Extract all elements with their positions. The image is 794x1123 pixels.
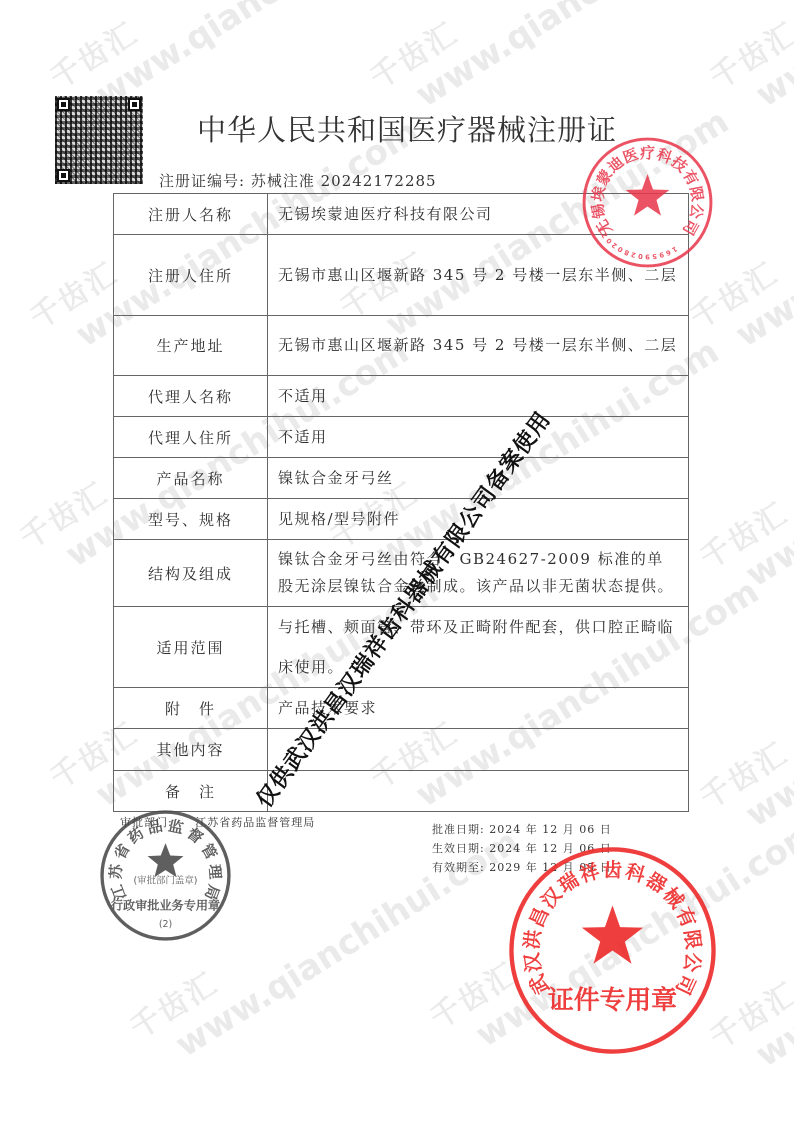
row-value: 与托槽、颊面管、带环及正畸附件配套，供口腔正畸临床使用。 xyxy=(268,607,689,688)
table-row: 型号、规格 见规格/型号附件 xyxy=(114,499,689,540)
row-value: 无锡市惠山区堰新路 345 号 2 号楼一层东半侧、二层 xyxy=(268,316,689,376)
row-value: 镍钛合金牙弓丝由符合 GB24627-2009 标准的单股无涂层镍钛合金丝制成。… xyxy=(268,540,689,607)
table-row: 代理人住所 不适用 xyxy=(114,417,689,458)
row-label: 备 注 xyxy=(114,771,268,812)
svg-text:2: 2 xyxy=(630,250,637,259)
svg-text:督: 督 xyxy=(184,824,207,847)
certificate-table: 注册人名称 无锡埃蒙迪医疗科技有限公司 注册人住所 无锡市惠山区堰新路 345 … xyxy=(113,193,689,812)
expiry-date-label: 有效期至: xyxy=(432,861,485,874)
svg-text:5: 5 xyxy=(651,252,657,261)
svg-text:疗: 疗 xyxy=(639,144,655,162)
table-row: 备 注 xyxy=(114,771,689,812)
row-label: 适用范围 xyxy=(114,607,268,688)
row-label: 代理人名称 xyxy=(114,376,268,417)
svg-text:汉: 汉 xyxy=(520,951,546,974)
registration-number: 注册证编号: 苏械注准 20242172285 xyxy=(159,170,437,191)
svg-text:省: 省 xyxy=(111,841,134,863)
company-seal-stamp: 无锡埃蒙迪医疗科技有限公司 3202082095961 xyxy=(580,135,715,270)
svg-text:行政审批业务专用章: 行政审批业务专用章 xyxy=(111,897,220,912)
table-row: 附 件 产品技术要求 xyxy=(114,688,689,729)
svg-text:6: 6 xyxy=(664,248,672,257)
row-value: 不适用 xyxy=(268,376,689,417)
approval-date-value: 2024 年 12 月 06 日 xyxy=(489,823,611,836)
row-label: 注册人名称 xyxy=(114,194,268,235)
row-value xyxy=(268,729,689,771)
row-value xyxy=(268,771,689,812)
svg-text:限: 限 xyxy=(680,928,706,951)
svg-text:证件专用章: 证件专用章 xyxy=(548,985,677,1016)
row-label: 注册人住所 xyxy=(114,235,268,316)
row-label: 生产地址 xyxy=(114,316,268,376)
svg-text:苏: 苏 xyxy=(106,862,125,879)
svg-text:锡: 锡 xyxy=(588,202,608,220)
table-row: 产品名称 镍钛合金牙弓丝 xyxy=(114,458,689,499)
row-label: 结构及组成 xyxy=(114,540,268,607)
svg-text:监: 监 xyxy=(167,817,185,838)
svg-text:公: 公 xyxy=(679,951,705,974)
svg-text:洪: 洪 xyxy=(520,928,546,951)
row-label: 产品名称 xyxy=(114,458,268,499)
registration-number-label: 注册证编号: xyxy=(159,172,245,190)
row-label: 型号、规格 xyxy=(114,499,268,540)
registration-number-value: 苏械注准 20242172285 xyxy=(251,172,437,190)
svg-text:齿: 齿 xyxy=(603,858,623,881)
row-label: 其他内容 xyxy=(114,729,268,771)
svg-text:(审批部门盖章): (审批部门盖章) xyxy=(134,875,198,887)
row-label: 代理人住所 xyxy=(114,417,268,458)
svg-text:1: 1 xyxy=(670,245,678,254)
effective-date-label: 生效日期: xyxy=(432,842,485,855)
table-row: 生产地址 无锡市惠山区堰新路 345 号 2 号楼一层东半侧、二层 xyxy=(114,316,689,376)
svg-text:药: 药 xyxy=(125,824,148,847)
qr-finder-icon xyxy=(57,169,70,182)
svg-text:管: 管 xyxy=(197,841,220,863)
watermark-text: 千齿汇www.qianchihui.com xyxy=(690,554,794,851)
svg-text:0: 0 xyxy=(637,252,643,261)
svg-text:(2): (2) xyxy=(159,919,172,930)
table-row: 代理人名称 不适用 xyxy=(114,376,689,417)
row-label: 附 件 xyxy=(114,688,268,729)
approval-date: 批准日期: 2024 年 12 月 06 日 xyxy=(432,820,612,839)
svg-text:9: 9 xyxy=(658,250,665,259)
watermark-text: 千齿汇www.qianchihui.com xyxy=(690,314,794,611)
svg-text:限: 限 xyxy=(686,185,706,203)
distributor-seal-stamp: 武汉洪昌汉瑞祥齿科器械有限公司 证件专用章 xyxy=(505,843,720,1058)
svg-text:理: 理 xyxy=(205,864,224,880)
approval-date-label: 批准日期: xyxy=(432,823,485,836)
row-value: 不适用 xyxy=(268,417,689,458)
svg-text:品: 品 xyxy=(146,817,164,838)
authority-seal-stamp: 江苏省药品监督管理局 (审批部门盖章) 行政审批业务专用章 (2) xyxy=(98,808,233,943)
svg-text:9: 9 xyxy=(645,253,650,261)
table-row: 其他内容 xyxy=(114,729,689,771)
svg-text:司: 司 xyxy=(679,216,702,238)
